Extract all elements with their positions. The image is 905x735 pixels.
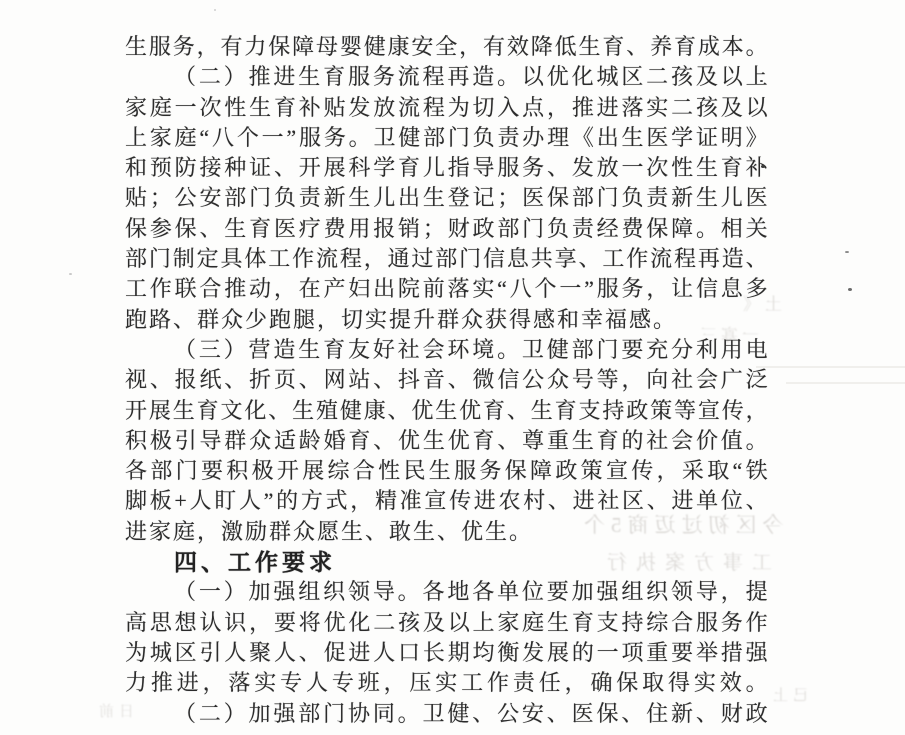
text-line: 贴；公安部门负责新生儿出生登记；医保部门负责新生儿医 bbox=[125, 183, 768, 213]
scan-streak bbox=[786, 382, 905, 384]
bleedthrough-ghost-text: 已上 bbox=[768, 684, 808, 705]
scan-dust-speck bbox=[69, 273, 72, 275]
text-line: 力推进，落实专人专班，压实工作责任，确保取得实效。 bbox=[125, 668, 768, 698]
text-line: 部门制定具体工作流程，通过部门信息共享、工作流程再造、 bbox=[125, 244, 768, 274]
text-line: 视、报纸、折页、网站、抖音、微信公众号等，向社会广泛 bbox=[125, 365, 768, 395]
text-line: （二）推进生育服务流程再造。以优化城区二孩及以上 bbox=[125, 62, 768, 92]
text-line: 开展生育文化、生殖健康、优生优育、生育支持政策等宣传， bbox=[125, 396, 768, 426]
text-line: 家庭一次性生育补贴发放流程为切入点，推进落实二孩及以 bbox=[125, 93, 768, 123]
text-line: 跑路、群众少跑腿，切实提升群众获得感和幸福感。 bbox=[125, 305, 768, 335]
bleedthrough-ghost-text: 日前 bbox=[94, 700, 134, 721]
text-line: 和预防接种证、开展科学育儿指导服务、发放一次性生育补 bbox=[125, 153, 768, 183]
bleedthrough-ghost-text: 今区初过迈商5个 bbox=[578, 509, 784, 539]
document-text-block: 生服务，有力保障母婴健康安全，有效降低生育、养育成本。 （二）推进生育服务流程再… bbox=[125, 32, 768, 729]
text-line: （三）营造生育友好社会环境。卫健部门要充分利用电 bbox=[125, 335, 768, 365]
text-line: 高思想认识，要将优化二孩及以上家庭生育支持综合服务作 bbox=[125, 608, 768, 638]
scanned-document-page: 生服务，有力保障母婴健康安全，有效降低生育、养育成本。 （二）推进生育服务流程再… bbox=[0, 0, 905, 735]
scan-streak bbox=[756, 366, 905, 368]
scan-dust-speck bbox=[214, 9, 216, 11]
scan-dust-speck bbox=[760, 80, 763, 82]
text-line: 上家庭“八个一”服务。卫健部门负责办理《出生医学证明》 bbox=[125, 123, 768, 153]
text-line: 为城区引人聚人、促进人口长期均衡发展的一项重要举措强 bbox=[125, 638, 768, 668]
bleedthrough-ghost-text: 一寡三 bbox=[696, 321, 759, 346]
text-line: 生服务，有力保障母婴健康安全，有效降低生育、养育成本。 bbox=[125, 32, 768, 62]
text-line: 积极引导群众适龄婚育、优生优育、尊重生育的社会价值。 bbox=[125, 426, 768, 456]
text-line: 保参保、生育医疗费用报销；财政部门负责经费保障。相关 bbox=[125, 214, 768, 244]
text-line: （一）加强组织领导。各地各单位要加强组织领导，提 bbox=[125, 577, 768, 607]
text-line: （二）加强部门协同。卫健、公安、医保、住新、财政 bbox=[125, 699, 768, 729]
bleedthrough-ghost-text: 工事方案执行 bbox=[598, 546, 772, 575]
scan-dust-speck bbox=[845, 251, 849, 253]
scan-dust-speck bbox=[848, 288, 852, 291]
text-line: 各部门要积极开展综合性民生服务保障政策宣传，采取“铁 bbox=[125, 456, 768, 486]
bleedthrough-ghost-text: 土《 bbox=[738, 290, 782, 315]
text-line: 工作联合推动，在产妇出院前落实“八个一”服务，让信息多 bbox=[125, 274, 768, 304]
scan-dust-speck bbox=[761, 165, 765, 168]
